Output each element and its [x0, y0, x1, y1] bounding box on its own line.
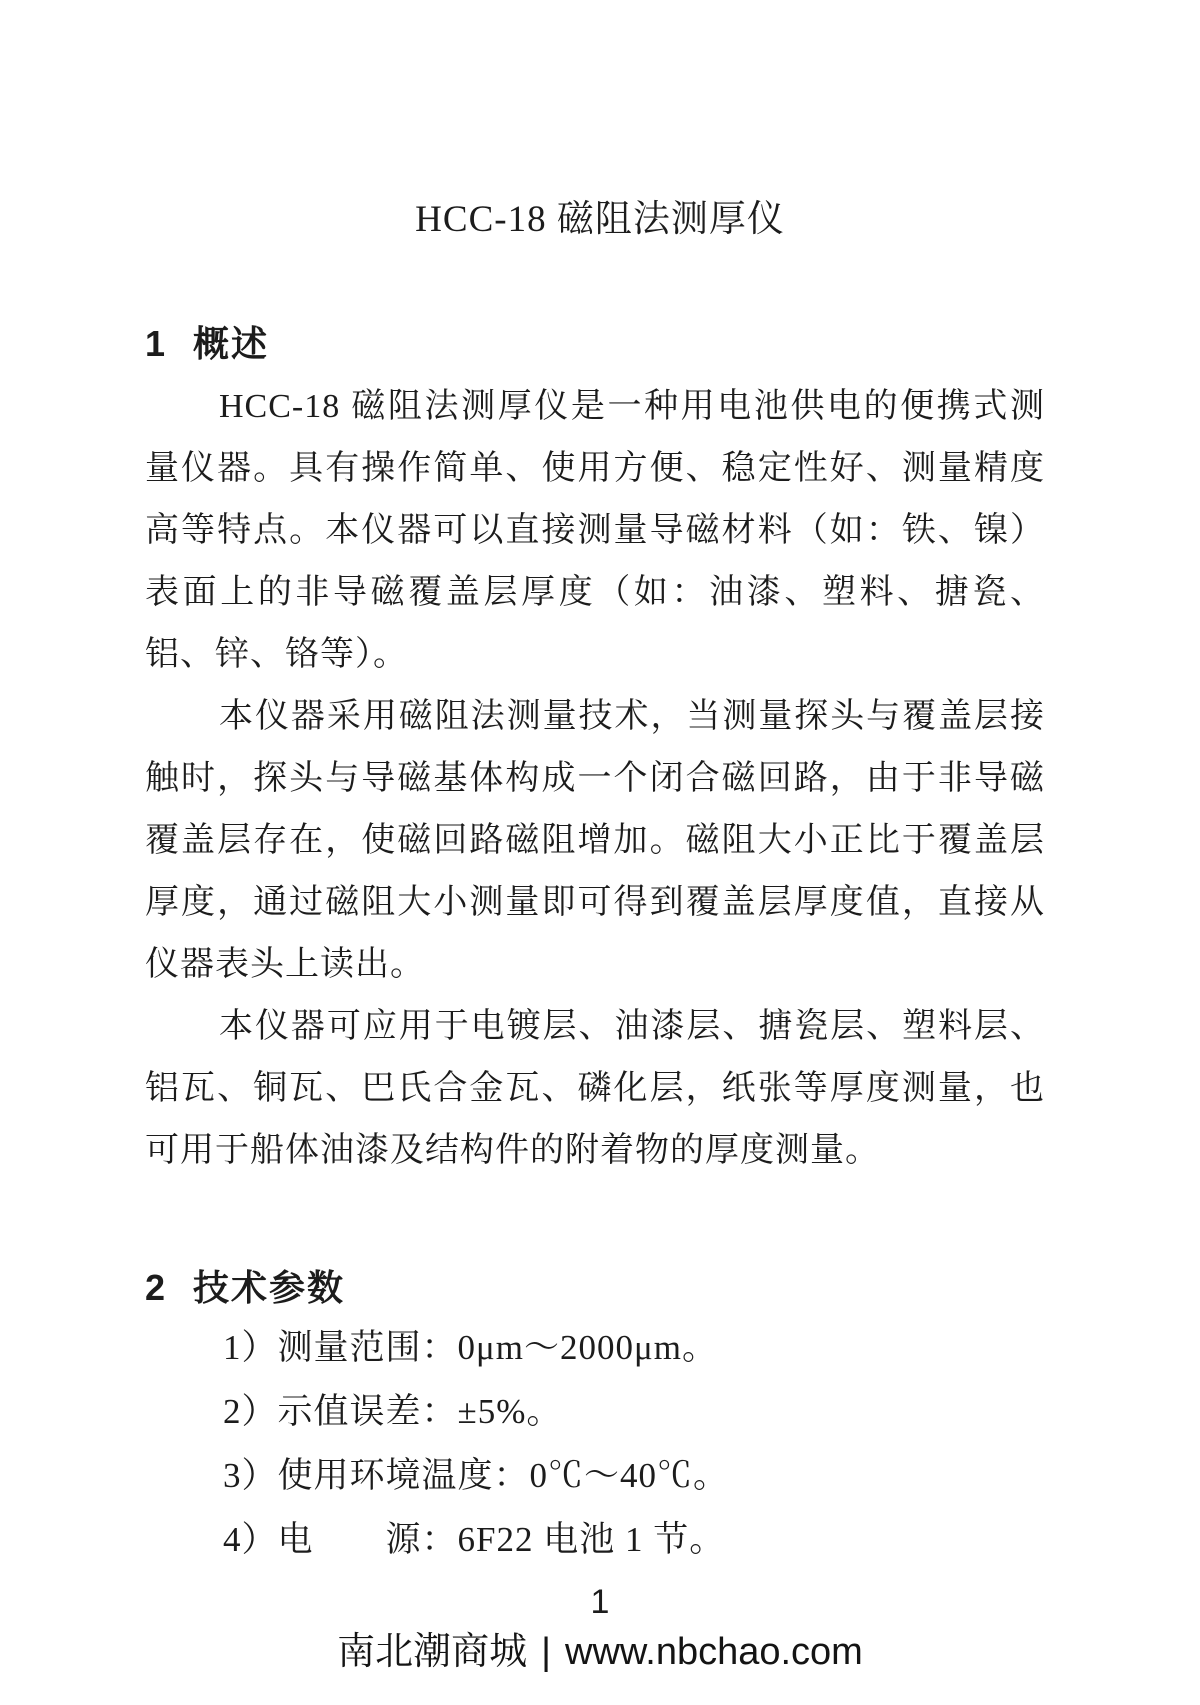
page-number: 1: [0, 1583, 1200, 1622]
footer-url: www.nbchao.com: [565, 1631, 863, 1673]
text-line: 本仪器采用磁阻法测量技术，当测量探头与覆盖层接: [145, 686, 1045, 748]
text-line: 仪器表头上读出。: [145, 934, 1045, 996]
text-line: 覆盖层存在，使磁回路磁阻增加。磁阻大小正比于覆盖层: [145, 810, 1045, 872]
section-title: 概述: [193, 316, 269, 367]
spec-item-operating-temperature: 3）使用环境温度：0℃～40℃。: [145, 1444, 1105, 1508]
document-title: HCC-18 磁阻法测厚仪: [0, 188, 1200, 242]
section-heading-specs: 2技术参数: [145, 1260, 345, 1311]
text-line: HCC-18 磁阻法测厚仪是一种用电池供电的便携式测: [145, 376, 1045, 438]
text-line: 铝、锌、铬等）。: [145, 624, 1045, 686]
paragraph-overview-3: 本仪器可应用于电镀层、油漆层、搪瓷层、塑料层、 铝瓦、铜瓦、巴氏合金瓦、磷化层，…: [145, 996, 1045, 1182]
section-heading-overview: 1概述: [145, 316, 269, 367]
text-line: 触时，探头与导磁基体构成一个闭合磁回路，由于非导磁: [145, 748, 1045, 810]
text-line: 厚度，通过磁阻大小测量即可得到覆盖层厚度值，直接从: [145, 872, 1045, 934]
section-number: 1: [145, 323, 165, 365]
section-number: 2: [145, 1267, 165, 1309]
text-line: 量仪器。具有操作简单、使用方便、稳定性好、测量精度: [145, 438, 1045, 500]
section-title: 技术参数: [193, 1260, 345, 1311]
spec-item-indication-error: 2）示值误差：±5%。: [145, 1380, 1105, 1444]
text-line: 表面上的非导磁覆盖层厚度（如：油漆、塑料、搪瓷、铜、: [145, 562, 1045, 624]
paragraph-overview-1: HCC-18 磁阻法测厚仪是一种用电池供电的便携式测 量仪器。具有操作简单、使用…: [145, 376, 1045, 686]
text-line: 铝瓦、铜瓦、巴氏合金瓦、磷化层，纸张等厚度测量，也: [145, 1058, 1045, 1120]
footer: 南北潮商城|www.nbchao.com: [0, 1620, 1200, 1675]
document-page: HCC-18 磁阻法测厚仪 1概述 HCC-18 磁阻法测厚仪是一种用电池供电的…: [0, 0, 1200, 1705]
spec-item-power-supply: 4）电 源：6F22 电池 1 节。: [145, 1508, 1105, 1572]
paragraph-overview-2: 本仪器采用磁阻法测量技术，当测量探头与覆盖层接 触时，探头与导磁基体构成一个闭合…: [145, 686, 1045, 996]
footer-brand: 南北潮商城: [337, 1631, 527, 1673]
text-line: 高等特点。本仪器可以直接测量导磁材料（如：铁、镍）: [145, 500, 1045, 562]
footer-separator: |: [541, 1631, 551, 1673]
spec-list: 1）测量范围：0μm～2000μm。 2）示值误差：±5%。 3）使用环境温度：…: [145, 1316, 1105, 1572]
text-line: 本仪器可应用于电镀层、油漆层、搪瓷层、塑料层、: [145, 996, 1045, 1058]
spec-item-measuring-range: 1）测量范围：0μm～2000μm。: [145, 1316, 1105, 1380]
text-line: 可用于船体油漆及结构件的附着物的厚度测量。: [145, 1120, 1045, 1182]
